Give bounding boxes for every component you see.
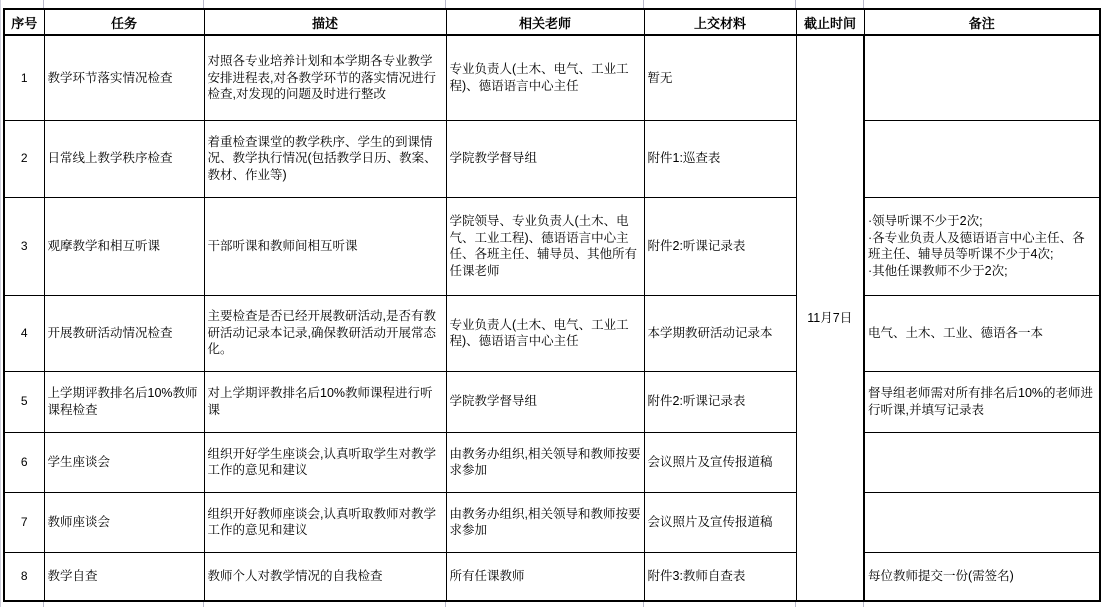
cell-no: 7 xyxy=(4,492,44,552)
task-table: 序号 任务 描述 相关老师 上交材料 截止时间 备注 1教学环节落实情况检查对照… xyxy=(3,8,1101,602)
table-row: 7教师座谈会组织开好教师座谈会,认真听取教师对教学工作的意见和建议由教务办组织,… xyxy=(4,492,1100,552)
gridline-stub xyxy=(795,0,796,8)
sheet-gridline-left xyxy=(0,0,1,607)
cell-materials: 附件3:教师自查表 xyxy=(644,552,796,601)
cell-task: 教师座谈会 xyxy=(44,492,204,552)
cell-task: 教学环节落实情况检查 xyxy=(44,35,204,120)
table-row: 5上学期评教排名后10%教师课程检查对上学期评教排名后10%教师课程进行听课学院… xyxy=(4,371,1100,432)
cell-remark xyxy=(864,492,1100,552)
table-row: 1教学环节落实情况检查对照各专业培养计划和本学期各专业教学安排进程表,对各教学环… xyxy=(4,35,1100,120)
cell-task: 上学期评教排名后10%教师课程检查 xyxy=(44,371,204,432)
cell-materials: 附件1:巡查表 xyxy=(644,120,796,197)
cell-desc: 主要检查是否已经开展教研活动,是否有教研活动记录本记录,确保教研活动开展常态化。 xyxy=(204,295,446,371)
cell-teachers: 专业负责人(土木、电气、工业工程)、德语语言中心主任 xyxy=(446,295,644,371)
gridline-stub xyxy=(203,0,204,8)
cell-teachers: 所有任课教师 xyxy=(446,552,644,601)
cell-desc: 对照各专业培养计划和本学期各专业教学安排进程表,对各教学环节的落实情况进行检查,… xyxy=(204,35,446,120)
cell-task: 观摩教学和相互听课 xyxy=(44,197,204,295)
header-row: 序号 任务 描述 相关老师 上交材料 截止时间 备注 xyxy=(4,9,1100,35)
table-row: 6学生座谈会组织开好学生座谈会,认真听取学生对教学工作的意见和建议由教务办组织,… xyxy=(4,432,1100,492)
cell-teachers: 学院领导、专业负责人(土木、电气、工业工程)、德语语言中心主任、各班主任、辅导员… xyxy=(446,197,644,295)
cell-materials: 暂无 xyxy=(644,35,796,120)
cell-no: 4 xyxy=(4,295,44,371)
gridline-stub xyxy=(863,0,864,8)
col-header-teachers: 相关老师 xyxy=(446,9,644,35)
cell-no: 8 xyxy=(4,552,44,601)
cell-remark: 电气、土木、工业、德语各一本 xyxy=(864,295,1100,371)
cell-desc: 组织开好教师座谈会,认真听取教师对教学工作的意见和建议 xyxy=(204,492,446,552)
col-header-no: 序号 xyxy=(4,9,44,35)
cell-teachers: 学院教学督导组 xyxy=(446,371,644,432)
cell-desc: 干部听课和教师间相互听课 xyxy=(204,197,446,295)
gridline-stub xyxy=(445,0,446,8)
table-row: 8教学自查教师个人对教学情况的自我检查所有任课教师附件3:教师自查表每位教师提交… xyxy=(4,552,1100,601)
col-header-desc: 描述 xyxy=(204,9,446,35)
cell-task: 日常线上教学秩序检查 xyxy=(44,120,204,197)
table-row: 4开展教研活动情况检查主要检查是否已经开展教研活动,是否有教研活动记录本记录,确… xyxy=(4,295,1100,371)
cell-remark: 每位教师提交一份(需签名) xyxy=(864,552,1100,601)
cell-remark: ·领导听课不少于2次; ·各专业负责人及德语语言中心主任、各班主任、辅导员等听课… xyxy=(864,197,1100,295)
cell-desc: 着重检查课堂的教学秩序、学生的到课情况、教学执行情况(包括教学日历、教案、教材、… xyxy=(204,120,446,197)
cell-desc: 组织开好学生座谈会,认真听取学生对教学工作的意见和建议 xyxy=(204,432,446,492)
cell-teachers: 由教务办组织,相关领导和教师按要求参加 xyxy=(446,492,644,552)
col-header-remark: 备注 xyxy=(864,9,1100,35)
cell-materials: 会议照片及宣传报道稿 xyxy=(644,492,796,552)
gridline-stub xyxy=(43,0,44,8)
cell-desc: 教师个人对教学情况的自我检查 xyxy=(204,552,446,601)
cell-remark xyxy=(864,432,1100,492)
cell-materials: 附件2:听课记录表 xyxy=(644,371,796,432)
table-row: 2日常线上教学秩序检查着重检查课堂的教学秩序、学生的到课情况、教学执行情况(包括… xyxy=(4,120,1100,197)
cell-no: 6 xyxy=(4,432,44,492)
cell-deadline: 11月7日 xyxy=(796,35,864,601)
cell-no: 2 xyxy=(4,120,44,197)
cell-materials: 会议照片及宣传报道稿 xyxy=(644,432,796,492)
cell-remark xyxy=(864,120,1100,197)
gridline-stub xyxy=(643,0,644,8)
cell-no: 1 xyxy=(4,35,44,120)
cell-no: 5 xyxy=(4,371,44,432)
table-row: 3观摩教学和相互听课干部听课和教师间相互听课学院领导、专业负责人(土木、电气、工… xyxy=(4,197,1100,295)
cell-task: 学生座谈会 xyxy=(44,432,204,492)
cell-remark: 督导组老师需对所有排名后10%的老师进行听课,并填写记录表 xyxy=(864,371,1100,432)
cell-materials: 本学期教研活动记录本 xyxy=(644,295,796,371)
col-header-deadline: 截止时间 xyxy=(796,9,864,35)
col-header-task: 任务 xyxy=(44,9,204,35)
cell-teachers: 学院教学督导组 xyxy=(446,120,644,197)
cell-no: 3 xyxy=(4,197,44,295)
cell-task: 开展教研活动情况检查 xyxy=(44,295,204,371)
cell-teachers: 专业负责人(土木、电气、工业工程)、德语语言中心主任 xyxy=(446,35,644,120)
cell-task: 教学自查 xyxy=(44,552,204,601)
cell-desc: 对上学期评教排名后10%教师课程进行听课 xyxy=(204,371,446,432)
col-header-materials: 上交材料 xyxy=(644,9,796,35)
cell-materials: 附件2:听课记录表 xyxy=(644,197,796,295)
cell-remark xyxy=(864,35,1100,120)
cell-teachers: 由教务办组织,相关领导和教师按要求参加 xyxy=(446,432,644,492)
